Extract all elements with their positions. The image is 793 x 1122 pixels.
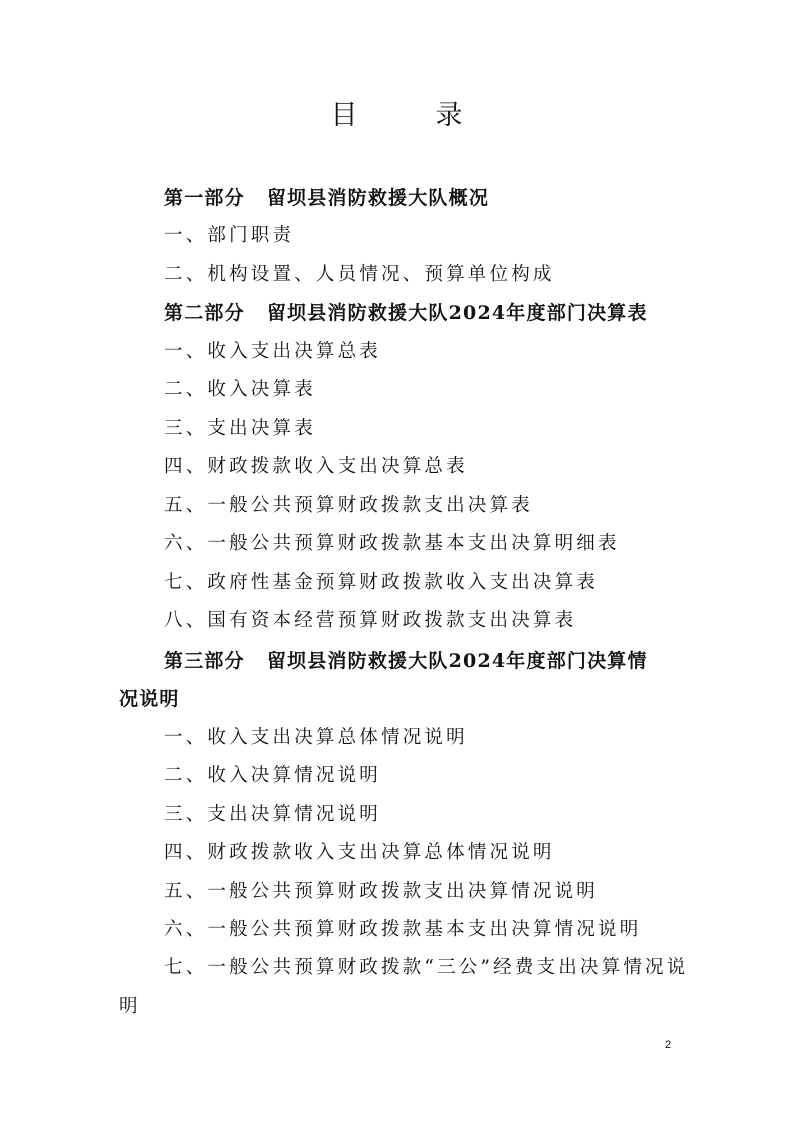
toc-part3-item-4[interactable]: 四、财政拨款收入支出决算总体情况说明 <box>164 840 555 866</box>
toc-part2-item-6[interactable]: 六、一般公共预算财政拨款基本支出决算明细表 <box>164 531 620 557</box>
toc-part3-label: 第三部分 <box>164 650 245 672</box>
toc-part1-title: 留坝县消防救援大队概况 <box>267 187 489 209</box>
toc-part2-item-8[interactable]: 八、国有资本经营预算财政拨款支出决算表 <box>164 608 576 634</box>
toc-part3-item-5[interactable]: 五、一般公共预算财政拨款支出决算情况说明 <box>164 879 598 905</box>
toc-part3-item-7[interactable]: 七、一般公共预算财政拨款“三公”经费支出决算情况说 <box>164 955 688 981</box>
toc-part3-item-1[interactable]: 一、收入支出决算总体情况说明 <box>164 725 468 751</box>
toc-part3-item-6[interactable]: 六、一般公共预算财政拨款基本支出决算情况说明 <box>164 917 641 943</box>
toc-part3-item-3[interactable]: 三、支出决算情况说明 <box>164 802 381 828</box>
toc-part1-label: 第一部分 <box>164 187 245 209</box>
toc-part2-title: 留坝县消防救援大队2024年度部门决算表 <box>267 302 648 324</box>
toc-part3-heading[interactable]: 第三部分留坝县消防救援大队2024年度部门决算情 <box>164 648 648 674</box>
toc-part1-heading[interactable]: 第一部分留坝县消防救援大队概况 <box>164 185 489 211</box>
document-page: 目录 第一部分留坝县消防救援大队概况 一、部门职责 二、机构设置、人员情况、预算… <box>0 0 793 1122</box>
toc-part2-item-2[interactable]: 二、收入决算表 <box>164 377 316 403</box>
toc-part1-item-1[interactable]: 一、部门职责 <box>164 223 294 249</box>
toc-part2-item-3[interactable]: 三、支出决算表 <box>164 416 316 442</box>
toc-part2-item-7[interactable]: 七、政府性基金预算财政拨款收入支出决算表 <box>164 570 598 596</box>
toc-part3-item-2[interactable]: 二、收入决算情况说明 <box>164 763 381 789</box>
toc-part3-item-7-wrap[interactable]: 明 <box>119 994 141 1020</box>
page-number: 2 <box>665 1038 671 1052</box>
toc-part1-item-2[interactable]: 二、机构设置、人员情况、预算单位构成 <box>164 262 555 288</box>
toc-part2-item-5[interactable]: 五、一般公共预算财政拨款支出决算表 <box>164 493 533 519</box>
toc-part3-heading-wrap[interactable]: 况说明 <box>119 686 180 712</box>
title-char-right: 录 <box>436 100 463 131</box>
toc-part3-title: 留坝县消防救援大队2024年度部门决算情 <box>267 650 648 672</box>
toc-part2-label: 第二部分 <box>164 302 245 324</box>
toc-part2-item-1[interactable]: 一、收入支出决算总表 <box>164 339 381 365</box>
title-char-left: 目 <box>331 100 358 131</box>
toc-part2-heading[interactable]: 第二部分留坝县消防救援大队2024年度部门决算表 <box>164 300 648 326</box>
toc-part2-item-4[interactable]: 四、财政拨款收入支出决算总表 <box>164 454 468 480</box>
page-title: 目录 <box>0 96 793 136</box>
